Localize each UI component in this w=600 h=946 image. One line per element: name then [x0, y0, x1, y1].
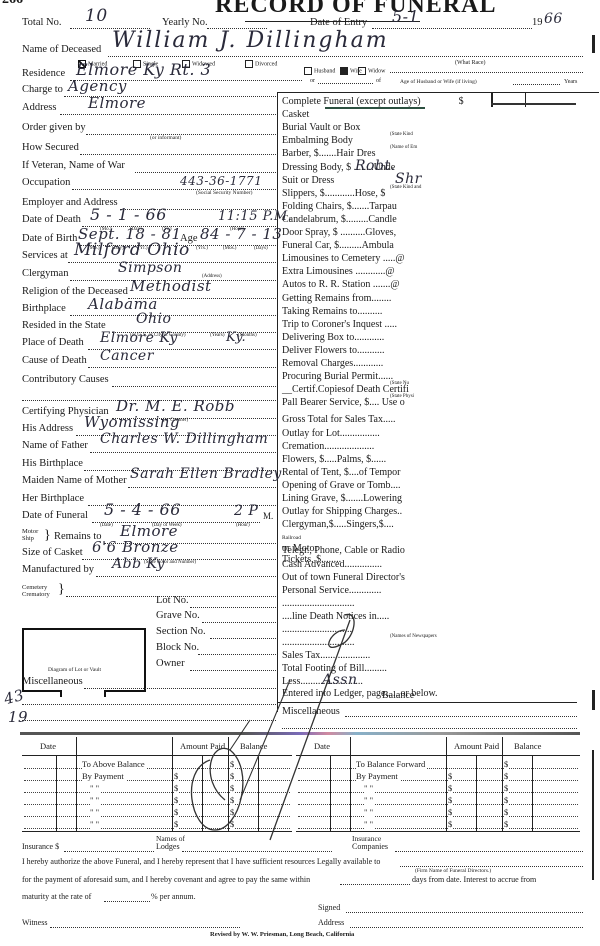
charge-item: Lining Grave, $.......Lowering — [282, 493, 402, 504]
charge-item-label: Telegr., Phone, Cable or Radio — [282, 545, 405, 556]
charge-item: Suit or Dress — [282, 175, 334, 186]
manufactured-label: Manufactured by — [22, 564, 94, 576]
ssn-value[interactable]: 443-36-1771 — [180, 174, 262, 188]
signature-scribble — [170, 600, 390, 850]
charge-item-label: Taking Remains to.......... — [282, 306, 382, 317]
margin-note-1: 43 — [3, 688, 26, 707]
charge-item: Taking Remains to.......... — [282, 306, 382, 317]
charge-item-label: Complete Funeral (except outlays) — [282, 96, 421, 107]
mother-line — [128, 487, 276, 488]
casket-size-value[interactable]: 6'6 Bronze — [92, 540, 179, 554]
charge-item: Trip to Coroner's Inquest ..... — [282, 319, 397, 330]
resided-sub-2: (Years) — [210, 333, 225, 339]
charge-item-label: Out of town Funeral Director's — [282, 572, 405, 583]
birthplace-line — [70, 315, 276, 316]
hour-of-death-value[interactable]: 11:15 P.M. — [218, 210, 292, 224]
days-from-date: days from date. Interest to accrue from — [412, 875, 536, 884]
auth-line-2: for the payment of aforesaid sum, and I … — [22, 875, 310, 884]
ledger-amount-cell[interactable]: $ — [448, 795, 452, 805]
dollar-sign: $ — [459, 96, 464, 107]
charge-item: Clergyman,$.....Singers,$.... — [282, 519, 394, 530]
manufactured-line — [96, 576, 276, 577]
ledger-row-desc: " " — [90, 807, 101, 817]
cause-of-death-label: Cause of Death — [22, 355, 87, 367]
spouse-husband[interactable]: Husband — [304, 67, 335, 75]
address-sig-line — [350, 927, 583, 928]
age-of-spouse-label: Age of Husband or Wife (if living) — [400, 79, 477, 85]
days-line — [340, 884, 410, 885]
charge-item: Complete Funeral (except outlays)$ — [282, 96, 464, 107]
what-race-label: (What Race) — [455, 60, 485, 66]
charge-item-label: Casket — [282, 109, 309, 120]
edge-bar-3 — [592, 750, 594, 880]
father-label: Name of Father — [22, 440, 88, 452]
charge-item-label: Autos to R. R. Station .......@ — [282, 279, 400, 290]
ledger-row-desc: To Above Balance — [82, 759, 147, 769]
charge-handwritten-value[interactable]: Robt. — [355, 159, 396, 173]
diagram-base-right — [104, 690, 144, 692]
charge-item: Outlay for Lot................ — [282, 428, 380, 439]
his-address-value[interactable]: Wyomissing — [84, 415, 180, 429]
manufactured-value[interactable]: Abb Ky — [112, 557, 165, 571]
charge-item: Embalming Body — [282, 135, 353, 146]
ledger-header: Amount Paid — [454, 741, 499, 751]
charge-item: Outlay for Shipping Charges.. — [282, 506, 402, 517]
funeral-hour-sub: (Hour) — [236, 523, 250, 529]
charge-item: Casket — [282, 109, 309, 120]
charge-item: Cremation.................... — [282, 441, 374, 452]
charge-item-label: Suit or Dress — [282, 175, 334, 186]
charge-item: Candelabrum, $.........Candle — [282, 214, 397, 225]
name-of-deceased-value[interactable]: William J. Dillingham — [112, 34, 389, 48]
charge-item-label: Lining Grave, $.......Lowering — [282, 493, 402, 504]
diagram-label: Diagram of Lot or Vault — [48, 667, 101, 673]
insurance-label: Insurance $ — [22, 842, 59, 851]
ledger-balance-cell[interactable]: $ — [504, 819, 508, 829]
edge-bar-2 — [592, 690, 595, 710]
companies-bottom: Companies — [352, 842, 388, 851]
address-line — [60, 114, 276, 115]
services-at-value[interactable]: Milford Ohio — [74, 243, 190, 257]
clergyman-label: Clergyman — [22, 268, 68, 280]
years-label: Years — [564, 79, 577, 85]
funeral-date-sub: (Date) — [100, 523, 113, 529]
name-line — [108, 56, 583, 57]
charge-item-label: Procuring Burial Permit...... — [282, 371, 393, 382]
spouse-line — [390, 72, 583, 73]
his-birthplace-label: His Birthplace — [22, 458, 83, 470]
edge-bar-1 — [592, 35, 595, 53]
charge-item-label: Embalming Body — [282, 135, 353, 146]
checkbox-widow[interactable] — [358, 67, 366, 75]
date-of-death-label: Date of Death — [22, 214, 81, 226]
spouse-or: or — [310, 78, 315, 84]
casket-size-label: Size of Casket — [22, 547, 83, 559]
misc-label: Miscellaneous — [22, 676, 83, 688]
occupation-label: Occupation — [22, 177, 70, 189]
date-of-death-value[interactable]: 5 - 1 - 66 — [90, 208, 167, 222]
remains-to-value[interactable]: Elmore — [120, 524, 178, 538]
charge-item-label: Outlay for Lot................ — [282, 428, 380, 439]
ledger-balance-cell[interactable]: $ — [504, 795, 508, 805]
name-of-deceased-label: Name of Deceased — [22, 44, 101, 56]
spouse-of: of — [376, 78, 381, 84]
charge-item-label: Getting Remains from........ — [282, 293, 391, 304]
cause-of-death-value[interactable]: Cancer — [100, 349, 154, 363]
charge-item: Folding Chairs, $.......Tarpau — [282, 201, 397, 212]
per-annum: % per annum. — [151, 892, 196, 901]
witness-label[interactable]: Witness — [22, 918, 47, 927]
firm-line — [400, 866, 583, 867]
residence-value[interactable]: Elmore Ky Rt. 3 — [76, 63, 211, 77]
resided-label: Resided in the State — [22, 320, 106, 332]
charge-item-label: Limousines to Cemetery .....@ — [282, 253, 405, 264]
date-of-birth-value[interactable]: Sept. 18 - 81 — [78, 227, 182, 241]
charge-item: Flowers, $.....Palms, $...... — [282, 454, 386, 465]
charge-item-label: Opening of Grave or Tomb.... — [282, 480, 401, 491]
charge-item: Getting Remains from........ — [282, 293, 391, 304]
charge-item-label: Folding Chairs, $.......Tarpau — [282, 201, 397, 212]
insurance-line — [64, 851, 154, 852]
charge-item-sub: (Name of Em — [390, 145, 417, 151]
highlight-rule — [325, 107, 425, 109]
physician-value[interactable]: Dr. M. E. Robb — [116, 399, 235, 413]
ledger-row-desc: " " — [90, 819, 101, 829]
contributory-line — [112, 386, 276, 387]
total-no-value[interactable]: 10 — [85, 9, 108, 23]
ssn-sub: (Social Security Number) — [196, 190, 253, 196]
charge-item: Cash Advanced............... — [282, 559, 382, 570]
charge-item: Procuring Burial Permit...... — [282, 371, 393, 382]
address-sig-label[interactable]: Address — [318, 918, 344, 927]
charge-item: Personal Service............. — [282, 585, 381, 596]
date-of-entry-line — [372, 28, 532, 29]
or-informant-sub: (or informant) — [150, 135, 181, 141]
charge-item: Door Spray, $ ..........Gloves, — [282, 227, 396, 238]
ledger-header: Date — [40, 741, 56, 751]
charge-item-label: Outlay for Shipping Charges.. — [282, 506, 402, 517]
charge-item: Slippers, $............Hose, $ — [282, 188, 385, 199]
checkbox-divorced[interactable] — [245, 60, 253, 68]
veteran-line — [135, 172, 276, 173]
charge-item-label: Removal Charges............ — [282, 358, 383, 369]
age-yrs-sub: (Yrs.) — [196, 246, 208, 252]
funeral-date-value[interactable]: 5 - 4 - 66 — [104, 503, 181, 517]
address-value[interactable]: Elmore — [88, 96, 146, 110]
mother-value[interactable]: Sarah Ellen Bradley — [130, 467, 282, 481]
charge-item: Limousines to Cemetery .....@ — [282, 253, 405, 264]
companies-line — [395, 851, 583, 852]
charge-item: Delivering Box to............ — [282, 332, 384, 343]
ship-label: Ship — [22, 536, 34, 542]
charge-item: Extra Limousines ............@ — [282, 266, 395, 277]
charge-item-label: Cash Advanced............... — [282, 559, 382, 570]
charge-item-label: Rental of Tent, $....of Tempor — [282, 467, 401, 478]
charge-item: Telegr., Phone, Cable or Radio — [282, 545, 405, 556]
charge-item-label: Funeral Car, $.........Ambula — [282, 240, 394, 251]
charge-item: Burial Vault or Box — [282, 122, 360, 133]
year-value[interactable]: 66 — [544, 12, 563, 26]
ledger-amount-cell[interactable]: $ — [448, 771, 452, 781]
rate-line — [104, 901, 150, 902]
charge-handwritten-value[interactable]: Shr — [395, 172, 422, 186]
ledger-balance-cell[interactable]: $ — [504, 771, 508, 781]
brace: } — [44, 530, 51, 542]
charge-item: Deliver Flowers to........... — [282, 345, 385, 356]
age-spouse-line — [513, 84, 560, 85]
witness-line — [50, 927, 240, 928]
charge-item-label: Personal Service............. — [282, 585, 381, 596]
firm-name-sub: (Firm Name of Funeral Directors.) — [415, 868, 491, 874]
funeral-date-label: Date of Funeral — [22, 510, 88, 522]
auth-line-3: maturity at the rate of — [22, 892, 91, 901]
order-given-by-label: Order given by — [22, 122, 86, 134]
mother-label: Maiden Name of Mother — [22, 475, 127, 487]
ledger-balance-cell[interactable]: $ — [504, 783, 508, 793]
charge-item: Gross Total for Sales Tax..... — [282, 414, 396, 425]
services-at-label: Services at — [22, 250, 68, 262]
birthplace-label: Birthplace — [22, 303, 66, 315]
charge-item-sub: (State Kind — [390, 132, 413, 138]
page-number: 266 — [2, 0, 23, 8]
how-secured-label: How Secured — [22, 142, 79, 154]
lodges-line — [182, 851, 332, 852]
charge-item-sub: (Names of Newspapers — [390, 634, 437, 640]
charges-top-rule — [277, 92, 599, 93]
father-line — [90, 452, 276, 453]
charge-item-label: Deliver Flowers to........... — [282, 345, 385, 356]
diagram-base-left — [22, 690, 62, 692]
charge-to-value[interactable]: Agency — [68, 79, 127, 93]
ledger-amount-cell[interactable]: $ — [448, 807, 452, 817]
ledger-subcol-divider — [476, 755, 477, 831]
residence-label: Residence — [22, 68, 65, 80]
charge-item-label: Trip to Coroner's Inquest ..... — [282, 319, 397, 330]
ledger-balance-cell[interactable]: $ — [504, 759, 508, 769]
charge-item-label: Candelabrum, $.........Candle — [282, 214, 397, 225]
age-days-sub: (Days) — [254, 246, 268, 252]
ledger-subcol-divider — [56, 755, 57, 831]
contributory-label: Contributory Causes — [22, 374, 109, 386]
ledger-row-desc: " " — [90, 783, 101, 793]
resided-value[interactable]: Ohio — [136, 312, 171, 326]
date-of-birth-label: Date of Birth — [22, 233, 77, 245]
diagram-stub-left — [60, 690, 62, 697]
address-label: Address — [22, 102, 56, 114]
charge-item-label: Door Spray, $ ..........Gloves, — [282, 227, 396, 238]
lodges-bottom: Lodges — [156, 842, 180, 851]
age-value[interactable]: 84 - 7 - 13 — [200, 227, 282, 241]
ledger-amount-cell[interactable]: $ — [448, 819, 452, 829]
total-no-label: Total No. — [22, 17, 62, 29]
cemetery-brace: } — [58, 584, 65, 596]
birthplace-value[interactable]: Alabama — [88, 297, 158, 311]
spouse-widow[interactable]: Widow — [358, 67, 385, 75]
charge-item-label: Flowers, $.....Palms, $...... — [282, 454, 386, 465]
margin-note-2: 19 — [8, 710, 28, 724]
charge-item-label: Cremation.................... — [282, 441, 374, 452]
revised-by: Revised by W. W. Priesman, Long Beach, C… — [210, 931, 354, 938]
diagram-stub-right — [104, 690, 106, 697]
ledger-amount-cell[interactable]: $ — [448, 783, 452, 793]
place-of-death-value2[interactable]: Ky. — [226, 331, 246, 345]
charge-item: Rental of Tent, $....of Tempor — [282, 467, 401, 478]
charge-item-label: Burial Vault or Box — [282, 122, 360, 133]
age-mos-sub: (Mos.) — [223, 246, 236, 252]
complete-funeral-underline — [491, 103, 576, 105]
ledger-subcol-divider — [532, 755, 533, 831]
year-prefix: 19 — [532, 17, 543, 29]
father-value[interactable]: Charles W. Dillingham — [100, 432, 268, 446]
charge-item-label: Pall Bearer Service, $.... Use o — [282, 397, 405, 408]
charge-item-label: Delivering Box to............ — [282, 332, 384, 343]
charge-item: Opening of Grave or Tomb.... — [282, 480, 401, 491]
her-birthplace-label: Her Birthplace — [22, 493, 84, 505]
funeral-pm-suffix: M. — [263, 510, 273, 522]
signed-label[interactable]: Signed — [318, 903, 340, 912]
ledger-row-desc: " " — [90, 795, 101, 805]
veteran-label: If Veteran, Name of War — [22, 160, 125, 172]
charge-item: Removal Charges............ — [282, 358, 383, 369]
charge-item-label: Slippers, $............Hose, $ — [282, 188, 385, 199]
ledger-header: Balance — [514, 741, 541, 751]
spouse-or-line — [318, 83, 373, 84]
auth-line-1: I hereby authorize the above Funeral, an… — [22, 857, 380, 866]
crematory-label: Crematory — [22, 592, 50, 598]
charge-to-label: Charge to — [22, 84, 63, 96]
charge-item: Out of town Funeral Director's — [282, 572, 405, 583]
marital-divorced[interactable]: Divorced — [245, 60, 277, 68]
charge-item: Autos to R. R. Station .......@ — [282, 279, 400, 290]
clergyman-value[interactable]: Simpson — [118, 261, 182, 275]
date-of-entry-value[interactable]: 5-1 — [392, 10, 419, 24]
charge-item-label: Gross Total for Sales Tax..... — [282, 414, 396, 425]
how-secured-line — [80, 154, 276, 155]
religion-value[interactable]: Methodist — [130, 279, 212, 293]
checkbox-husband[interactable] — [304, 67, 312, 75]
funeral-hour-value[interactable]: 2 P — [234, 504, 258, 518]
checkbox-wife[interactable] — [340, 67, 348, 75]
cause-line — [88, 367, 276, 368]
ledger-row-desc: By Payment — [82, 771, 126, 781]
charge-item-label: Clergyman,$.....Singers,$.... — [282, 519, 394, 530]
his-address-label: His Address — [22, 423, 73, 435]
ledger-balance-cell[interactable]: $ — [504, 807, 508, 817]
charge-item: Pall Bearer Service, $.... Use o — [282, 397, 405, 408]
charge-item: Funeral Car, $.........Ambula — [282, 240, 394, 251]
charge-prefix: Railroad — [282, 536, 301, 541]
signed-line — [346, 912, 583, 913]
charge-item-label: Extra Limousines ............@ — [282, 266, 395, 277]
place-of-death-value[interactable]: Elmore Ky — [100, 331, 178, 345]
place-of-death-label: Place of Death — [22, 337, 84, 349]
